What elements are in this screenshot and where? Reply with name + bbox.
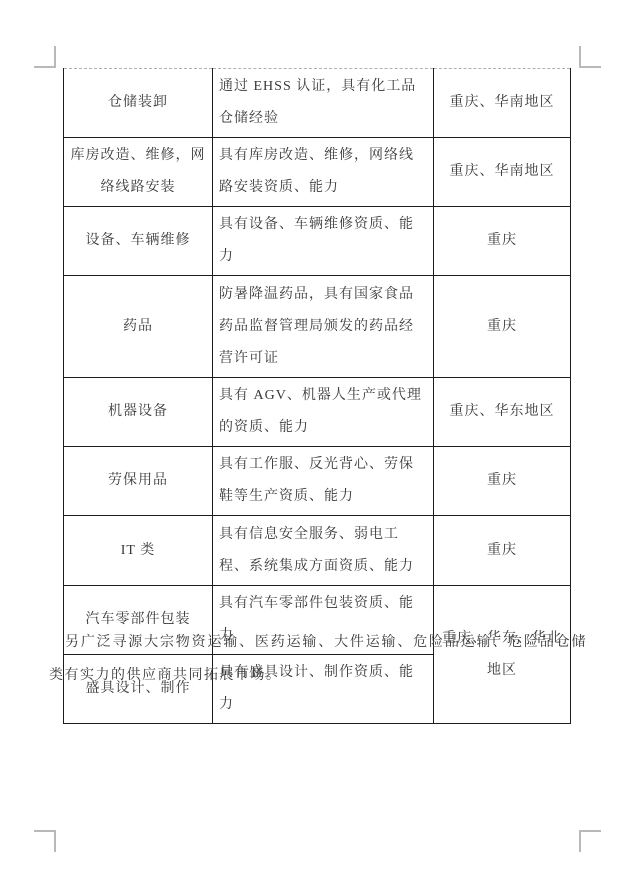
region-cell: 重庆、华东地区 (434, 378, 571, 447)
region-cell: 重庆、华南地区 (434, 138, 571, 207)
table-row: 仓储装卸 通过 EHSS 认证，具有化工品仓储经验 重庆、华南地区 (64, 69, 571, 138)
document-page: 仓储装卸 通过 EHSS 认证，具有化工品仓储经验 重庆、华南地区 库房改造、维… (0, 0, 633, 872)
category-cell: 劳保用品 (64, 447, 213, 516)
crop-mark-top-left (34, 46, 56, 68)
table-row: 劳保用品 具有工作服、反光背心、劳保鞋等生产资质、能力 重庆 (64, 447, 571, 516)
table-row: 机器设备 具有 AGV、机器人生产或代理的资质、能力 重庆、华东地区 (64, 378, 571, 447)
qualification-cell: 具有设备、车辆维修资质、能力 (213, 207, 434, 276)
table-row: 药品 防暑降温药品，具有国家食品药品监督管理局颁发的药品经营许可证 重庆 (64, 276, 571, 378)
table-row: 设备、车辆维修 具有设备、车辆维修资质、能力 重庆 (64, 207, 571, 276)
category-cell: 库房改造、维修，网络线路安装 (64, 138, 213, 207)
category-cell: 设备、车辆维修 (64, 207, 213, 276)
crop-mark-bottom-left (34, 830, 56, 852)
crop-mark-top-right (579, 46, 601, 68)
qualification-cell: 具有 AGV、机器人生产或代理的资质、能力 (213, 378, 434, 447)
qualification-cell: 防暑降温药品，具有国家食品药品监督管理局颁发的药品经营许可证 (213, 276, 434, 378)
table-row: IT 类 具有信息安全服务、弱电工程、系统集成方面资质、能力 重庆 (64, 516, 571, 586)
qualification-cell: 具有信息安全服务、弱电工程、系统集成方面资质、能力 (213, 516, 434, 586)
region-cell: 重庆 (434, 516, 571, 586)
closing-paragraph: 另广泛寻源大宗物资运输、医药运输、大件运输、危险品运输、危险品仓储类有实力的供应… (49, 626, 587, 692)
region-cell: 重庆、华南地区 (434, 69, 571, 138)
region-cell: 重庆 (434, 207, 571, 276)
table-row: 库房改造、维修，网络线路安装 具有库房改造、维修，网络线路安装资质、能力 重庆、… (64, 138, 571, 207)
category-cell: 仓储装卸 (64, 69, 213, 138)
region-cell: 重庆 (434, 447, 571, 516)
category-cell: 药品 (64, 276, 213, 378)
category-cell: IT 类 (64, 516, 213, 586)
qualification-cell: 具有工作服、反光背心、劳保鞋等生产资质、能力 (213, 447, 434, 516)
region-cell: 重庆 (434, 276, 571, 378)
qualification-cell: 具有库房改造、维修，网络线路安装资质、能力 (213, 138, 434, 207)
crop-mark-bottom-right (579, 830, 601, 852)
qualification-cell: 通过 EHSS 认证，具有化工品仓储经验 (213, 69, 434, 138)
category-cell: 机器设备 (64, 378, 213, 447)
